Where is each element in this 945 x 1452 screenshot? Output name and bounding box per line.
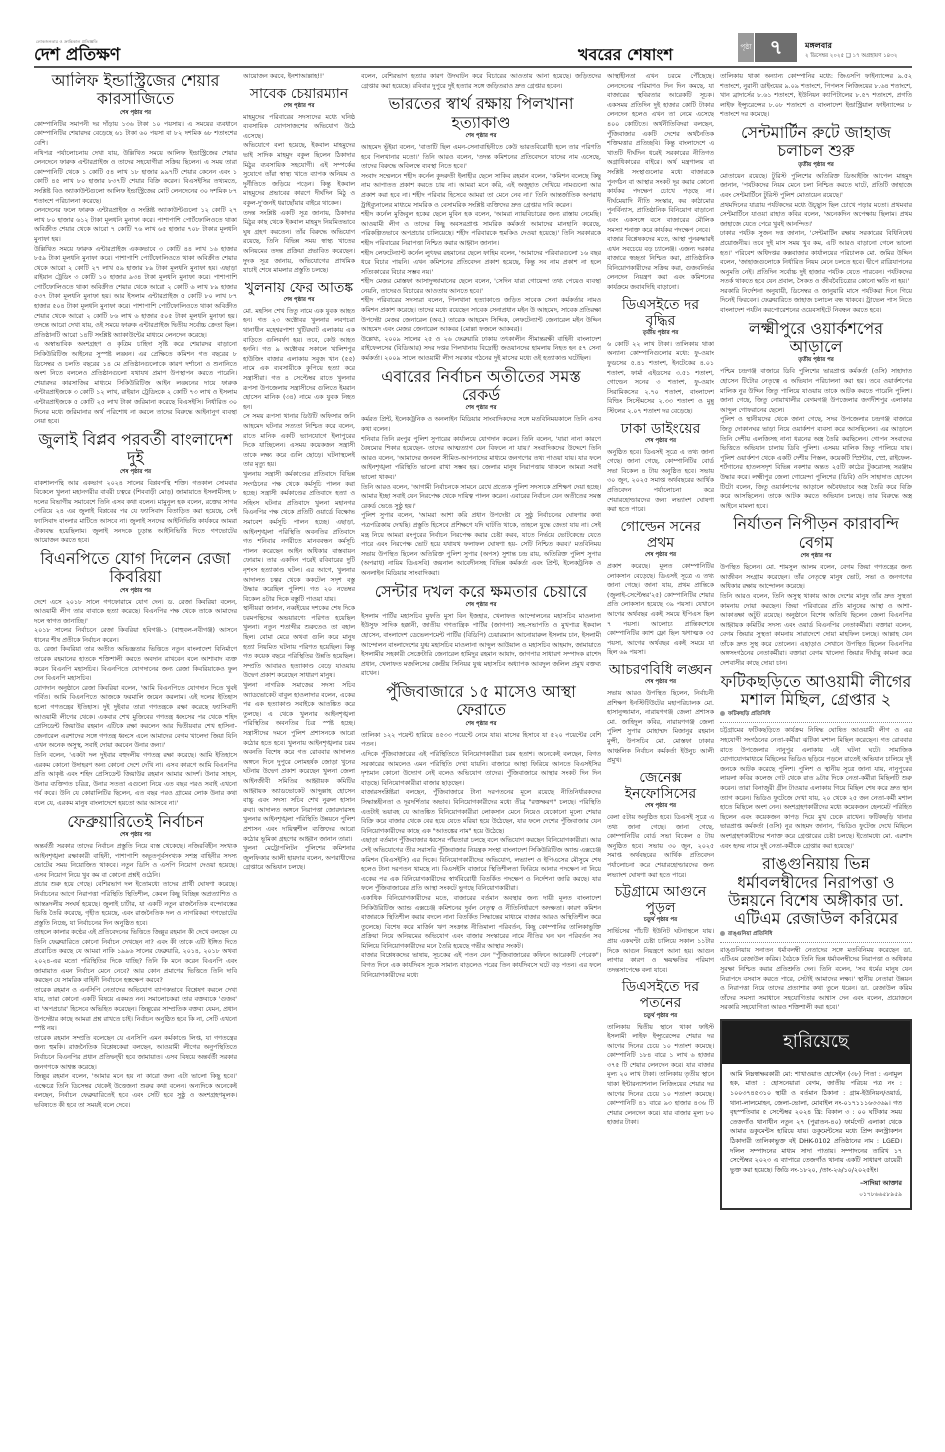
- paragraph: নথিপত্র পর্যালোচনায় দেখা যায়, উল্লিখিত…: [34, 149, 237, 207]
- article-body: কর্মরত প্রিন্ট, ইলেকট্রনিক ও অনলাইন মিডি…: [361, 415, 601, 578]
- article: ডিএসইতে দর পতনেরচতুর্থ পৃষ্ঠার পরতালিকায…: [607, 979, 714, 1128]
- paragraph: আহমেদ ভূঁইয়া বলেন, 'বাতাটি ছিল এমন-সেনা…: [361, 143, 601, 172]
- paragraph: চট্টগ্রামের ফটিকছড়িতে কার্যক্রম নিষিদ্ধ…: [720, 726, 912, 851]
- lost-notice-text: আমি নিম্নস্বাক্ষরকারী মো: শাখাওয়াত হোসে…: [730, 1070, 902, 1176]
- paragraph: পশ্চিম চন্দ্রগঞ্জ বাজারে ডিবি পুলিশের ভা…: [720, 367, 912, 415]
- paragraph: তদন্ত সংশ্লিষ্ট একটি সূত্র জানায়, ঠিকাদ…: [243, 209, 355, 276]
- paragraph: শনিবার তিনি রংপুর পুলিশ সুপারের কার্যালয…: [361, 435, 601, 483]
- article: খুলনায় ফের আতঙ্কশেষ পৃষ্ঠার পরমো. মহসিন…: [243, 280, 355, 873]
- continued-from-label: শেষ পৃষ্ঠার পর: [34, 832, 237, 840]
- paragraph: ৬ কোটি ২২ লাখ টাকা। তালিকায় থাকা অন্যান…: [607, 340, 714, 417]
- paragraph: তিনি আরও বলেন, 'আগামী নির্বাচনকে সামনে র…: [361, 483, 601, 512]
- article: এবারের নির্বাচন অতীতের সমস্ত রেকর্ডশেষ প…: [361, 368, 601, 579]
- article-body: অন্তর্বর্তী সরকার তাদের নির্বাচন প্রস্তু…: [34, 842, 237, 1111]
- continued-from-label: তৃতীয় পৃষ্ঠার পর: [720, 357, 912, 365]
- article: সাবেক চেয়ারম্যানশেষ পৃষ্ঠার পরমাহমুদের …: [243, 86, 355, 276]
- lost-notice-phone: ০১৭৮৬৬৫৮৯৫৯: [730, 1189, 902, 1200]
- article-body: মোতায়েন রয়েছে। টুরিস্ট পুলিশের অতিরিক্…: [720, 172, 912, 316]
- continued-from-label: শেষ পৃষ্ঠার পর: [361, 721, 601, 729]
- article: গোল্ডেন সনের প্রথমশেষ পৃষ্ঠার পরপ্রকাশ ক…: [607, 519, 714, 658]
- article: আস্থাহীনতা এখন চরমে পৌঁছেছে। লেনদেনের পর…: [607, 72, 714, 293]
- paragraph: প্রচার শুরু হয়ে গেছে। বেশিরভাগ দল ইতোমধ…: [34, 880, 237, 928]
- article-body: বাকশালপন্থি আর একভাগ ২০২৪ সালের বিপ্লবপন…: [34, 479, 237, 546]
- article: আচরণবিধি লঙ্ঘনশেষ পৃষ্ঠার পরসভায় আরও উপ…: [607, 662, 714, 766]
- column-3: বলেন, বেশিরভাগ হত্যার কারণ উদঘাটন করে বি…: [361, 72, 601, 1447]
- article: নির্যাতন নিপীড়ন কারাবন্দি বেগমশেষ পৃষ্ঠ…: [720, 515, 912, 668]
- column-5: তালিকায় থাকা অন্যান্য কোম্পানির মধ্যে: …: [720, 72, 912, 1447]
- paragraph: শহীদ মেজর মোস্তফা আসাদুজ্জামানের ছেলে বল…: [361, 277, 601, 296]
- paragraph: পুলিশ ও স্থানীয়দের থেকে জানা গেছে, সদর …: [720, 415, 912, 511]
- paragraph: বাজার বিশ্লেষকদের ভাষায়, সূচকের এই পতন …: [361, 951, 601, 980]
- article: লক্ষ্মীপুরে ওয়ার্কশপের আড়ালেতৃতীয় পৃষ…: [720, 320, 912, 512]
- article-body: তালিকায় থাকা অন্যান্য কোম্পানির মধ্যে: …: [720, 72, 912, 120]
- paragraph: অন্তর্বর্তী সরকার তাদের নির্বাচন প্রস্তু…: [34, 842, 237, 880]
- article: আলিফ ইন্ডাস্ট্রিজের শেয়ার কারসাজিতেশেষ …: [34, 72, 237, 427]
- paragraph: পুলিশ সুপার বলেন, 'আমরা আশা করি প্রধান উ…: [361, 511, 601, 578]
- article-headline[interactable]: ডিএসইতে দর বৃদ্ধির: [607, 297, 714, 329]
- continued-from-label: শেষ পৃষ্ঠার পর: [607, 803, 714, 811]
- paragraph: এদিকে পুঁজিবাজারের এই পরিস্থিতিতে বিনিয়…: [361, 750, 601, 788]
- lost-notice-body: আমি নিম্নস্বাক্ষরকারী মো: শাখাওয়াত হোসে…: [722, 1064, 910, 1209]
- continued-from-label: শেষ পৃষ্ঠার পর: [243, 103, 355, 111]
- paragraph: বাজার বিশ্লেষকদের মতে, আস্থা পুনরুদ্ধারই…: [607, 235, 714, 293]
- article-headline[interactable]: ফেব্রুয়ারিতেই নির্বাচন: [34, 813, 237, 831]
- continued-from-label: শেষ পৃষ্ঠার পর: [361, 133, 601, 141]
- paragraph: দেশে এসে ২০১৮ সালে গণফোরামে যোগ দেন। ড. …: [34, 598, 237, 627]
- lost-notice-box: হারিয়েছেআমি নিম্নস্বাক্ষরকারী মো: শাখাও…: [720, 1019, 912, 1211]
- paragraph: শহীদ লেফটেন্যান্ট কর্নেল লুৎফর রহমানের ছ…: [361, 249, 601, 278]
- article-headline[interactable]: রাঙ্গুনিয়ায় ভিন্ন ধর্মাবলম্বীদের নিরাপ…: [720, 855, 912, 929]
- paragraph: মো. মহসিন শেখ তিতু নামে এক যুবক আহত হন। …: [243, 307, 355, 413]
- article-headline[interactable]: ডিএসইতে দর পতনের: [607, 979, 714, 1011]
- masthead: লোকজনতার ও ক্রান্তিকাল প্রতিজ্ঞতি দেশ প্…: [0, 0, 945, 62]
- article-body: কোম্পানিটির সমাপনী দর দাঁড়ায় ১৩৬ টাকা …: [34, 120, 237, 427]
- paragraph: সংবাদ সম্মেলনে শহীদ কর্নেল কুদরুতী ইলাহী…: [361, 172, 601, 210]
- page-number: ৭: [755, 33, 797, 62]
- article-body: প্রকাশ করেছে। মূলত কোম্পানিটির লোকসান বে…: [607, 562, 714, 658]
- paragraph: স্থানীয়রা জানান, নব্বইয়ের দশকের শেষ দি…: [243, 604, 355, 681]
- article: বলেন, বেশিরভাগ হত্যার কারণ উদঘাটন করে বি…: [361, 72, 601, 91]
- paragraph: বাজারসংশ্লিষ্টরা বলছেন, পুঁজিবাজারে টানা…: [361, 788, 601, 836]
- article-body: উপস্থিত ছিলেন। মো. শামসুল আলম বলেন, বেগম…: [720, 563, 912, 669]
- paragraph: তালিকায় থাকা অন্যান্য কোম্পানির মধ্যে: …: [720, 72, 912, 120]
- lost-notice-title: হারিয়েছে: [722, 1021, 910, 1064]
- paragraph: যোগদান অনুষ্ঠানে রেজা কিবরিয়া বলেন, 'আম…: [34, 684, 237, 751]
- paragraph: আস্থাহীনতা এখন চরমে পৌঁছেছে। লেনদেনের পর…: [607, 72, 714, 235]
- paragraph: শহীদ কর্নেল মুজিবুল হকের ছেলে মুবিন হক ব…: [361, 210, 601, 248]
- paragraph: তিনি বলেন, 'একটা দল দুইবার বহুদলীয় গণতন…: [34, 751, 237, 809]
- paragraph: ঢাকার পর্যটক সুজন দত্ত জানান, 'সেন্টমার্…: [720, 229, 912, 287]
- article-headline[interactable]: জেনেক্স ইনফোসিসের: [607, 770, 714, 802]
- article: বিএনপিতে যোগ দিলেন রেজা কিবরিয়াশেষ পৃষ্…: [34, 550, 237, 809]
- article: সেন্টার দখল করে ক্ষমতার চেয়ারেশেষ পৃষ্ঠ…: [361, 583, 601, 680]
- article: জুলাই বিপ্লব পরবর্তী বাংলাদেশ দুইশেষ পৃষ…: [34, 431, 237, 546]
- paragraph: বেলা ৫টায় অনুষ্ঠিত হবে। ডিএসই সূত্রে এ …: [607, 813, 714, 880]
- article: চট্টগ্রামে আগুনে পুড়লচতুর্থ পৃষ্ঠার পরস…: [607, 884, 714, 975]
- article-headline[interactable]: বিএনপিতে যোগ দিলেন রেজা কিবরিয়া: [34, 550, 237, 587]
- article-headline[interactable]: আচরণবিধি লঙ্ঘন: [607, 662, 714, 678]
- article-headline[interactable]: পুঁজিবাজারে ১৫ মাসেও আস্থা ফেরাতে: [361, 683, 601, 720]
- paragraph: কর্মরত প্রিন্ট, ইলেকট্রনিক ও অনলাইন মিডি…: [361, 415, 601, 434]
- paragraph: উপস্থিত ছিলেন। মো. শামসুল আলম বলেন, বেগম…: [720, 563, 912, 592]
- continued-from-label: চতুর্থ পৃষ্ঠার পর: [607, 917, 714, 925]
- continued-from-label: শেষ পৃষ্ঠার পর: [34, 469, 237, 477]
- continued-from-label: শেষ পৃষ্ঠার পর: [361, 405, 601, 413]
- article: সেন্টমার্টিন রুটে জাহাজ চলাচল শুরুতৃতীয়…: [720, 124, 912, 316]
- article-headline[interactable]: জুলাই বিপ্লব পরবর্তী বাংলাদেশ দুই: [34, 431, 237, 468]
- article-body: পশ্চিম চন্দ্রগঞ্জ বাজারে ডিবি পুলিশের ভা…: [720, 367, 912, 511]
- article-body: তালিকা ১২২ পয়েন্ট হারিয়ে ৪৫৩৩ পয়েন্টে…: [361, 731, 601, 980]
- paragraph: ড. রেজা কিবরিয়া তার অতীত অভিজ্ঞতার ভিত্…: [34, 645, 237, 683]
- continued-from-label: শেষ পৃষ্ঠার পর: [607, 438, 714, 446]
- continued-from-label: তৃতীয় পৃষ্ঠার পর: [607, 330, 714, 338]
- article-lead: আয়োজন করবে, ইনশাআল্লাহ!!': [243, 72, 355, 82]
- byline: ফটিকছড়ি প্রতিনিধি: [720, 709, 912, 723]
- article: আয়োজন করবে, ইনশাআল্লাহ!!': [243, 72, 355, 82]
- article-body: আস্থাহীনতা এখন চরমে পৌঁছেছে। লেনদেনের পর…: [607, 72, 714, 293]
- lead-paragraph: আয়োজন করবে, ইনশাআল্লাহ!!': [243, 72, 355, 82]
- paragraph: উল্লিখিত সময়ে ফারুক এন্টারপ্রাইজ এককভাব…: [34, 245, 237, 341]
- article-headline[interactable]: আলিফ ইন্ডাস্ট্রিজের শেয়ার কারসাজিতে: [34, 72, 237, 109]
- lost-notice-signature: –সাদিয়া আক্তার: [730, 1178, 902, 1189]
- article: রাঙ্গুনিয়ায় ভিন্ন ধর্মাবলম্বীদের নিরাপ…: [720, 855, 912, 1013]
- article: ভারতের স্বার্থ রক্ষায় পিলখানা হত্যাকাণ্…: [361, 95, 601, 363]
- article-headline[interactable]: লক্ষ্মীপুরে ওয়ার্কশপের আড়ালে: [720, 320, 912, 357]
- continued-from-label: চতুর্থ পৃষ্ঠার পর: [607, 1013, 714, 1021]
- paragraph: লেনদেনের ফলে ফারুক এন্টারপ্রাইজ ও সংশ্লি…: [34, 206, 237, 244]
- day-name: মঙ্গলবার: [805, 40, 832, 53]
- article-body: বেলা ৫টায় অনুষ্ঠিত হবে। ডিএসই সূত্রে এ …: [607, 813, 714, 880]
- paragraph: তিনি আরও বলেন, তিনি অসুস্থ থাকায় আজ দেশ…: [720, 592, 912, 669]
- paragraph: সরকারি নির্দেশনা অনুযায়ী, ডিসেম্বর ও জা…: [720, 287, 912, 316]
- article-body: দেশে এসে ২০১৮ সালে গণফোরামে যোগ দেন। ড. …: [34, 598, 237, 809]
- article-body: আহমেদ ভূঁইয়া বলেন, 'বাতাটি ছিল এমন-সেনা…: [361, 143, 601, 364]
- continued-from-label: শেষ পৃষ্ঠার পর: [607, 679, 714, 687]
- article: ঢাকা ডাইংয়েরশেষ পৃষ্ঠার পরঅনুষ্ঠিত হবে।…: [607, 421, 714, 515]
- article: জেনেক্স ইনফোসিসেরশেষ পৃষ্ঠার পরবেলা ৫টায…: [607, 770, 714, 880]
- paragraph: মাহমুদের পরিবারের সদস্যদের মধ্যে ঘনিষ্ঠ …: [243, 113, 355, 142]
- byline: রাঙ্গুনিয়া প্রতিনিধি: [720, 929, 912, 943]
- paragraph: রাঙ্গুনিয়ায় সনাতন ধর্মাবলম্বী নেতাদের …: [720, 946, 912, 1013]
- paragraph: সভায় আরও উপস্থিত ছিলেন, নির্বাচনী প্রশি…: [607, 689, 714, 766]
- section-title: খবরের শেষাংশ: [578, 42, 673, 69]
- continued-from-label: শেষ পৃষ্ঠার পর: [34, 110, 237, 118]
- paragraph: প্রকাশ করেছে। মূলত কোম্পানিটির লোকসান বে…: [607, 562, 714, 658]
- paragraph: তালিকা ১২২ পয়েন্ট হারিয়ে ৪৫৩৩ পয়েন্টে…: [361, 731, 601, 750]
- article-body: অনুষ্ঠিত হবে। ডিএসই সূত্রে এ তথ্য জানা গ…: [607, 448, 714, 515]
- column-2: আয়োজন করবে, ইনশাআল্লাহ!!'সাবেক চেয়ারম্…: [243, 72, 355, 1447]
- paragraph: ইসলাম পার্টির মহাসচিব মুফতি মুসা বিন ইজহ…: [361, 612, 601, 679]
- paragraph: খুলনা মেট্রোপলিটন পুলিশের কমিশনার জুলফিক…: [243, 844, 355, 873]
- paragraph: বাকশালপন্থি আর একভাগ ২০২৪ সালের বিপ্লবপন…: [34, 479, 237, 546]
- paragraph: তালিকায় দ্বিতীয় স্থানে থাকা ফাইস্ট ইসল…: [607, 1023, 714, 1129]
- page-label: পৃষ্ঠা: [738, 33, 754, 62]
- paragraph: খুলনা নাগরিক সমাজের সদস্য সচিব অ্যাডভোকে…: [243, 681, 355, 844]
- paragraph: শহীদ পরিবারের সদস্যরা বলেন, পিলখানা হত্য…: [361, 296, 601, 334]
- article: ফটিকছড়িতে আওয়ামী লীগের মশাল মিছিল, গ্র…: [720, 673, 912, 852]
- article-body: রাঙ্গুনিয়ায় সনাতন ধর্মাবলম্বী নেতাদের …: [720, 946, 912, 1013]
- continued-from-label: শেষ পৃষ্ঠার পর: [243, 297, 355, 305]
- date: ২ ডিসেম্বর ২০২৫ ❑ ১৭ অগ্রহায়ণ ১৪৩২: [805, 53, 897, 61]
- bullet-icon: [720, 711, 725, 716]
- byline-text: ফটিকছড়ি প্রতিনিধি: [728, 711, 771, 717]
- paragraph: সে সময় রূপসা থানার ডিউটি অফিসার জনি আহম…: [243, 412, 355, 470]
- paragraph: জিল্লুর রহমান বলেন, 'আমার মনে হয় না কার…: [34, 1072, 237, 1110]
- paragraph: কোম্পানিটির সমাপনী দর দাঁড়ায় ১৩৬ টাকা …: [34, 120, 237, 149]
- column-4: আস্থাহীনতা এখন চরমে পৌঁছেছে। লেনদেনের পর…: [607, 72, 714, 1447]
- article-lead: বলেন, বেশিরভাগ হত্যার কারণ উদঘাটন করে বি…: [361, 72, 601, 91]
- byline-text: রাঙ্গুনিয়া প্রতিনিধি: [728, 931, 772, 937]
- continued-from-label: শেষ পৃষ্ঠার পর: [607, 552, 714, 560]
- paragraph: তারেক রহমান ও এনসিপি নেতাদের অভিযোগ ব্যা…: [34, 986, 237, 1034]
- lead-paragraph: বলেন, বেশিরভাগ হত্যার কারণ উদঘাটন করে বি…: [361, 72, 601, 91]
- article-headline[interactable]: চট্টগ্রামে আগুনে পুড়ল: [607, 884, 714, 916]
- article-headline[interactable]: সেন্টমার্টিন রুটে জাহাজ চলাচল শুরু: [720, 124, 912, 161]
- masthead-divider: [34, 66, 912, 68]
- article-body: মো. মহসিন শেখ তিতু নামে এক যুবক আহত হন। …: [243, 307, 355, 873]
- article-headline[interactable]: সেন্টার দখল করে ক্ষমতার চেয়ারে: [361, 583, 601, 601]
- article-headline[interactable]: সাবেক চেয়ারম্যান: [243, 86, 355, 102]
- article-body: সভায় আরও উপস্থিত ছিলেন, নির্বাচনী প্রশি…: [607, 689, 714, 766]
- article-body: ৬ কোটি ২২ লাখ টাকা। তালিকায় থাকা অন্যান…: [607, 340, 714, 417]
- article-headline[interactable]: এবারের নির্বাচন অতীতের সমস্ত রেকর্ড: [361, 368, 601, 405]
- bullet-icon: [720, 931, 725, 936]
- continued-from-label: শেষ পৃষ্ঠার পর: [361, 602, 601, 610]
- article: পুঁজিবাজারে ১৫ মাসেও আস্থা ফেরাতেশেষ পৃষ…: [361, 683, 601, 980]
- paragraph: এ অস্বাভাবিক অংশগ্রহণ ও কৃত্রিম চাহিদা স…: [34, 340, 237, 426]
- paragraph: এছাড়া বর্তমান পুঁজিবাজার ধ্বসের পাঁয়তা…: [361, 836, 601, 894]
- column-1: আলিফ ইন্ডাস্ট্রিজের শেয়ার কারসাজিতেশেষ …: [34, 72, 237, 1447]
- article-headline[interactable]: ফটিকছড়িতে আওয়ামী লীগের মশাল মিছিল, গ্র…: [720, 673, 912, 710]
- paragraph: তাহলে কালার কণ্ঠের এই প্রতিবেদনের ভিত্তি…: [34, 928, 237, 986]
- paragraph: একাধিক বিনিয়োগকারীদের মতে, বাজারের বর্ত…: [361, 894, 601, 952]
- article-body: ইসলাম পার্টির মহাসচিব মুফতি মুসা বিন ইজহ…: [361, 612, 601, 679]
- paragraph: অনুষ্ঠিত হবে। ডিএসই সূত্রে এ তথ্য জানা গ…: [607, 448, 714, 515]
- article-body: তালিকায় দ্বিতীয় স্থানে থাকা ফাইস্ট ইসল…: [607, 1023, 714, 1129]
- paragraph: খুলনায় সন্ত্রাসী কর্মকাণ্ডের প্রতিবাদে …: [243, 470, 355, 604]
- article-body: সার্ভিসের পাঁচটি ইউনিট ঘটনাস্থলে যায়। প…: [607, 927, 714, 975]
- paragraph: ২০১৮ সালের নির্বাচনে রেজা কিবরিয়া হবিগঞ…: [34, 626, 237, 645]
- article-headline[interactable]: নির্যাতন নিপীড়ন কারাবন্দি বেগম: [720, 515, 912, 552]
- paragraph: উল্লেখ্য, ২০০৯ সালের ২৫ ও ২৬ ফেব্রুয়ারি…: [361, 335, 601, 364]
- paragraph: সার্ভিসের পাঁচটি ইউনিট ঘটনাস্থলে যায়। প…: [607, 927, 714, 975]
- article: ফেব্রুয়ারিতেই নির্বাচনশেষ পৃষ্ঠার পরঅন্…: [34, 813, 237, 1111]
- paragraph: তারেক রহমান সম্প্রতি বলেছেন যে এনসিপি এম…: [34, 1034, 237, 1072]
- paragraph: প্রথমদিনের যাত্রায় পর্যটকদের মধ্যে উচ্ছ…: [720, 201, 912, 230]
- continued-from-label: তৃতীয় পৃষ্ঠার পর: [720, 162, 912, 170]
- article-body: চট্টগ্রামের ফটিকছড়িতে কার্যক্রম নিষিদ্ধ…: [720, 726, 912, 851]
- article: তালিকায় থাকা অন্যান্য কোম্পানির মধ্যে: …: [720, 72, 912, 120]
- article-headline[interactable]: খুলনায় ফের আতঙ্ক: [243, 280, 355, 296]
- article: ডিএসইতে দর বৃদ্ধিরতৃতীয় পৃষ্ঠার পর৬ কোট…: [607, 297, 714, 417]
- continued-from-label: শেষ পৃষ্ঠার পর: [720, 553, 912, 561]
- continued-from-label: শেষ পৃষ্ঠার পর: [34, 588, 237, 596]
- article-headline[interactable]: গোল্ডেন সনের প্রথম: [607, 519, 714, 551]
- article-headline[interactable]: ভারতের স্বার্থ রক্ষায় পিলখানা হত্যাকাণ্…: [361, 95, 601, 132]
- article-headline[interactable]: ঢাকা ডাইংয়ের: [607, 421, 714, 437]
- article-body: মাহমুদের পরিবারের সদস্যদের মধ্যে ঘনিষ্ঠ …: [243, 113, 355, 276]
- paragraph: অভিযোগে বলা হয়েছে, ইকবাল মাহমুদের ভাই স…: [243, 141, 355, 208]
- paragraph: মোতায়েন রয়েছে। টুরিস্ট পুলিশের অতিরিক্…: [720, 172, 912, 201]
